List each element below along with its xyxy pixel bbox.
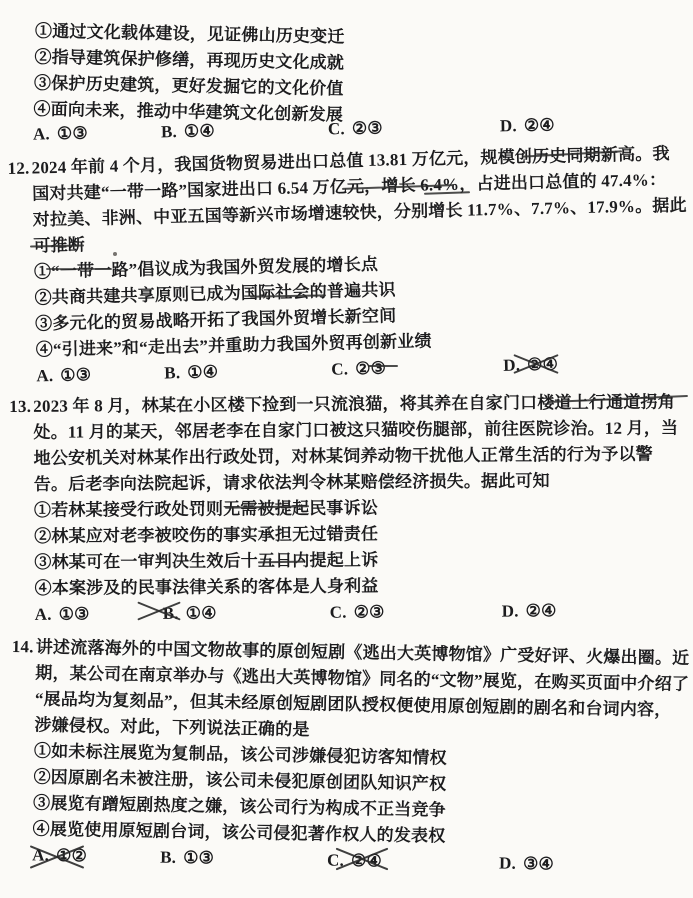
answer-row: A.①③ B.①④ C.②③ D.②④ [11,597,682,628]
pen-x-mark [138,598,180,622]
question-number: 13. [9,394,33,420]
choice-c: C.②③ [330,599,502,626]
choice-value: ①④ [187,362,218,382]
choice-d: D.②④ [502,598,557,624]
choice-c: C.②③ [331,353,504,383]
question-number: 12. [7,155,32,182]
choice-value: ①③ [59,604,90,623]
question-14: 14.讲述流落海外的中国文物故事的原创短剧《逃出大英博物馆》广受好评、火爆出圈。… [8,634,683,880]
choice-label: B. [164,363,180,382]
choice-label: A. [33,124,50,143]
choice-b: B.①④ [163,600,330,627]
exam-paper-scan: ①通过文化载体建设，见证佛山历史变迁 ②指导建筑保护修缮，再现历史文化成就 ③保… [0,0,693,898]
stem-line: 地公安机关对林某作出行政处罚，对林某饲养动物干扰他人正常生活的行为予以警 [10,441,681,472]
choice-b: B.①④ [164,357,332,387]
choice-b: B.①④ [161,116,328,145]
choice-label: A. [36,366,53,385]
pen-x-mark [336,845,388,871]
ink-dot [266,30,270,34]
choice-value: ①③ [57,124,88,144]
pen-x-mark [514,352,558,374]
choice-value: ②③ [355,358,386,378]
choice-value: ③④ [523,854,554,874]
choice-a: A.①③ [33,119,161,147]
choice-value: ②④ [526,601,557,620]
choice-d: D.②④ [500,112,555,139]
choice-label: D. [500,116,517,135]
stem-text: 2023 年 8 月，林某在小区楼下捡到一只流浪猫，将其养在自家门口楼道上行通道… [33,392,675,415]
choice-label: C. [328,119,345,138]
ink-dot [413,775,417,779]
choice-value: ①④ [186,604,217,623]
choice-a: A.①③ [36,361,165,390]
choice-d: D.③④ [499,851,554,878]
choice-value: ②④ [524,115,555,135]
pen-strike [46,268,112,270]
choice-value: ①③ [183,848,214,868]
choice-value: ②③ [352,118,383,138]
question-13: 13.2023 年 8 月，林某在小区楼下捡到一只流浪猫，将其养在自家门口楼道上… [9,389,682,628]
choice-label: D. [499,854,516,873]
choice-value: ①③ [60,365,91,385]
choice-c: C.②③ [328,113,500,142]
choice-label: D. [502,601,519,620]
choice-value: ②③ [354,602,385,621]
question-11-partial: ①通过文化载体建设，见证佛山历史变迁 ②指导建筑保护修缮，再现历史文化成就 ③保… [9,18,682,161]
choice-label: B. [160,848,176,867]
ink-dot [113,252,117,256]
choice-label: C. [331,359,348,378]
pen-x-mark [30,843,84,869]
choice-b: B.①③ [160,845,327,874]
choice-label: A. [35,605,52,624]
question-number: 14. [12,634,36,660]
pen-dash [368,365,398,367]
choice-value: ①④ [184,121,215,141]
question-12: 12.2024 年前 4 个月，我国货物贸易进出口总值 13.81 万亿元，规模… [7,141,683,390]
choice-label: C. [330,603,347,622]
choice-label: B. [161,122,177,141]
